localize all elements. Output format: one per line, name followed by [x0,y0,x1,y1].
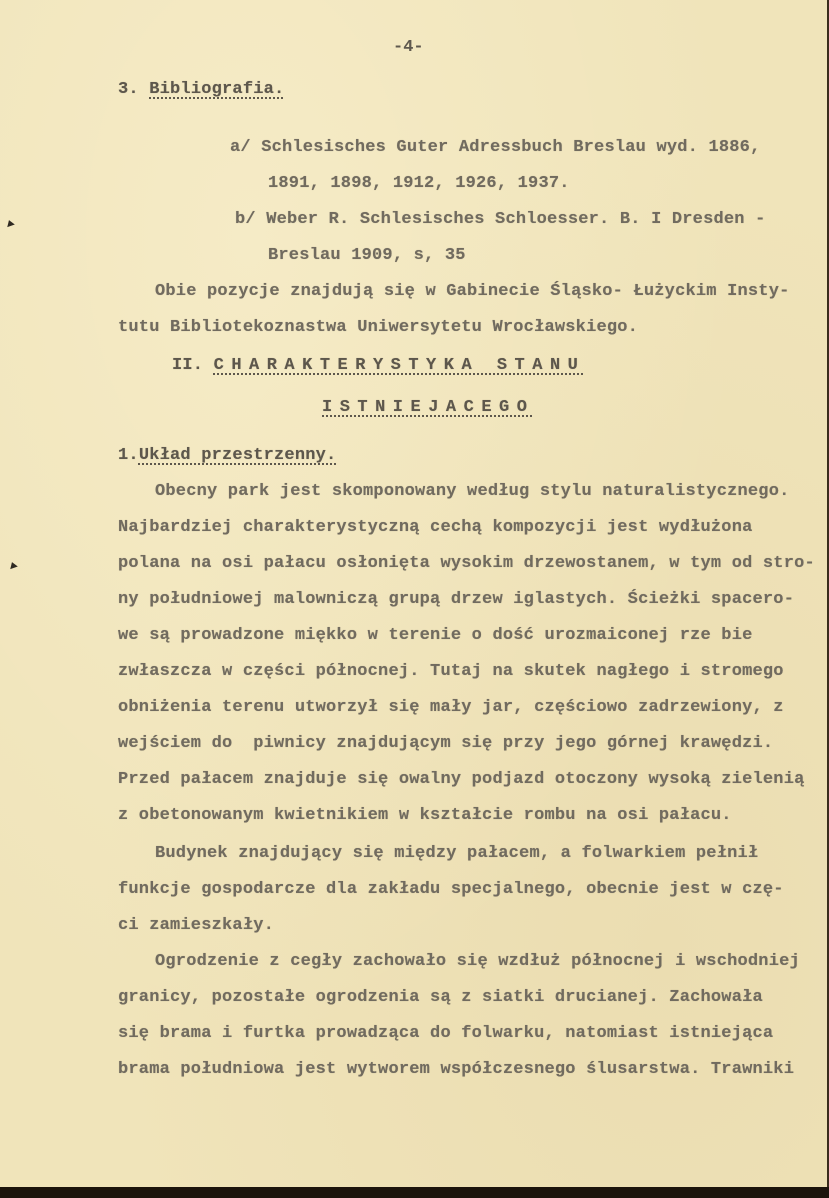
paragraph-1-line: Obecny park jest skomponowany według sty… [155,482,790,502]
paragraph-1-line: ny południowej malowniczą grupą drzew ig… [118,590,794,610]
paragraph-1-line: obniżenia terenu utworzył się mały jar, … [118,698,784,718]
paragraph-2-line: funkcje gospodarcze dla zakładu specjaln… [118,880,784,900]
bib-note-line1: Obie pozycje znajdują się w Gabinecie Śl… [155,282,790,302]
section-title-1: CHARAKTERYSTYKA STANU [214,356,586,375]
paragraph-2-line: ci zamieszkały. [118,916,274,936]
margin-mark-icon [5,219,15,227]
paragraph-2-line: Budynek znajdujący się między pałacem, a… [155,844,758,864]
section-title-2: ISTNIEJACEGO [322,398,534,417]
section-heading-line2: ISTNIEJACEGO [322,398,534,418]
paragraph-3-line: się brama i furtka prowadząca do folwark… [118,1024,773,1044]
scan-bottom-edge [0,1187,829,1198]
margin-mark-icon [8,561,18,569]
page-number: -4- [393,38,424,57]
subsection-title: Układ przestrzenny. [139,446,337,465]
bib-entry-b-line2: Breslau 1909, s, 35 [268,246,466,266]
paragraph-3-line: brama południowa jest wytworem współczes… [118,1060,794,1080]
bibliography-number: 3. [118,80,139,99]
paragraph-3-line: Ogrodzenie z cegły zachowało się wzdłuż … [155,952,800,972]
bib-entry-a-line1: a/ Schlesisches Guter Adressbuch Breslau… [230,138,761,158]
paragraph-1-line: z obetonowanym kwietnikiem w kształcie r… [118,806,732,826]
section-heading-line1: II. CHARAKTERYSTYKA STANU [172,356,585,376]
paragraph-1-line: Najbardziej charakterystyczną cechą komp… [118,518,753,538]
paragraph-1-line: we są prowadzone miękko w terenie o dość… [118,626,753,646]
bib-entry-b-line1: b/ Weber R. Schlesisches Schloesser. B. … [235,210,766,230]
bibliography-heading: 3. Bibliografia. [118,80,284,100]
paragraph-1-line: wejściem do piwnicy znajdującym się przy… [118,734,773,754]
subsection-heading: 1.Układ przestrzenny. [118,446,336,466]
paragraph-1-line: polana na osi pałacu osłonięta wysokim d… [118,554,815,574]
paragraph-3-line: granicy, pozostałe ogrodzenia są z siatk… [118,988,763,1008]
bib-note-line2: tutu Bibliotekoznastwa Uniwersytetu Wroc… [118,318,638,338]
paragraph-1-line: Przed pałacem znajduje się owalny podjaz… [118,770,805,790]
subsection-number: 1. [118,446,139,465]
bibliography-title: Bibliografia. [149,80,284,99]
section-roman-numeral: II. [172,356,203,375]
paragraph-1-line: zwłaszcza w części północnej. Tutaj na s… [118,662,784,682]
document-page: -4- 3. Bibliografia. a/ Schlesisches Gut… [0,0,829,1187]
bib-entry-a-line2: 1891, 1898, 1912, 1926, 1937. [268,174,570,194]
